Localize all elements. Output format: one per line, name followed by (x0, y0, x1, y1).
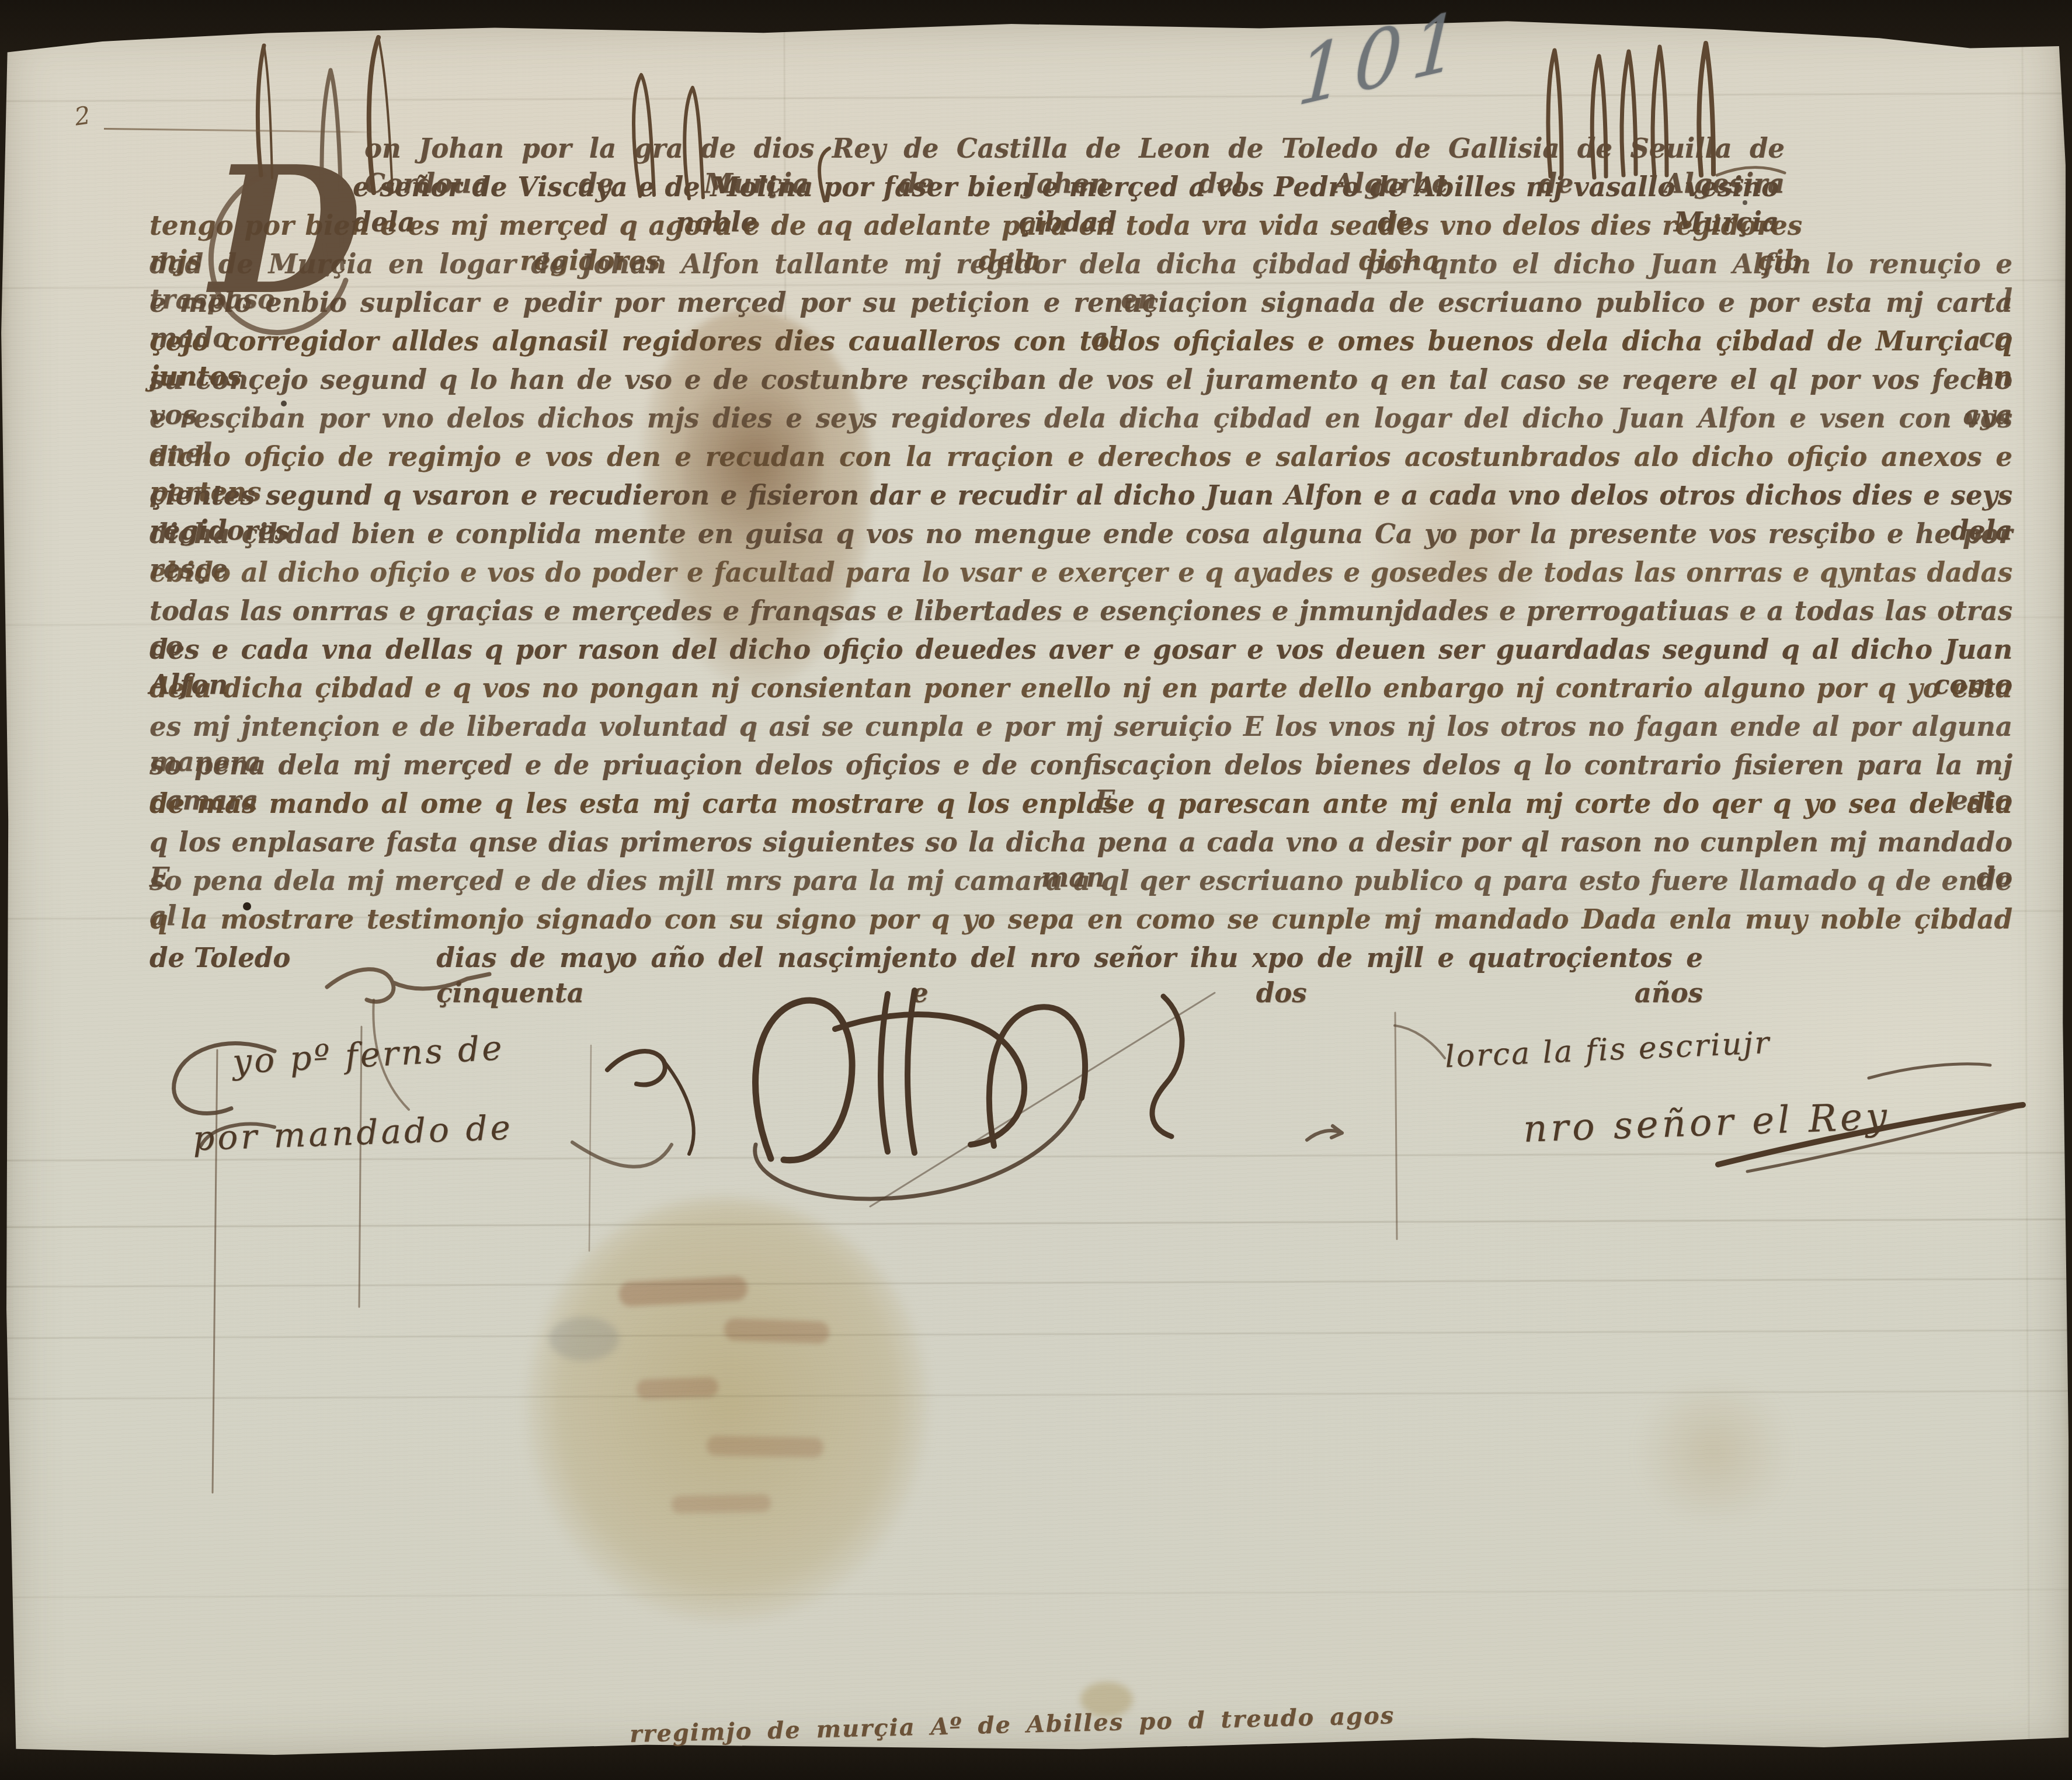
manuscript-line: dicha çibdad bien e conplida mente en gu… (150, 516, 2012, 556)
manuscript-line: ebido al dicho ofiçio e vos do poder e f… (150, 554, 2012, 595)
manuscript-line: on Johan por la gra de dios Rey de Casti… (150, 130, 1785, 171)
manuscript-line: dela dicha çibdad e q vos no pongan nj c… (150, 670, 2012, 710)
manuscript-line: çientes segund q vsaron e recudieron e f… (150, 477, 2012, 517)
date-line-place: de Toledo (150, 940, 290, 975)
manuscript-line: de mas mando al ome q les esta mj carta … (150, 785, 2012, 826)
manuscript-line: tengo por bien e es mj merçed q agora e … (150, 207, 1802, 248)
manuscript-line: q la mostrare testimonjo signado con su … (150, 901, 2012, 941)
manuscript-line: so pena dela mj merçed e de dies mjll mr… (150, 863, 2012, 903)
manuscript-line: dicho ofiçio de regimjo e vos den e recu… (150, 439, 2012, 479)
manuscript-line: dad de Murçia en logar de Johan Alfon ta… (150, 246, 2012, 286)
manuscript-line: todas las onrras e graçias e merçedes e … (150, 593, 2012, 633)
manuscript-date-line: de Toledo dias de mayo año del nasçimjen… (150, 940, 1703, 980)
manuscript-line: so pena dela mj merçed e de priuaçion de… (150, 747, 2012, 787)
manuscript-line: e resçiban por vno delos dichos mjs dies… (150, 400, 2012, 440)
manuscript-line: çejo corregidor alldes algnasil regidore… (150, 323, 2012, 363)
manuscript-line: su conçejo segund q lo han de vso e de c… (150, 361, 2012, 402)
manuscript-line: e señor de Viscaya e de Molina por faser… (150, 169, 1779, 209)
date-line-date: dias de mayo año del nasçimjento del nro… (436, 940, 1703, 1011)
margin-mark: 2 (73, 103, 92, 129)
manuscript-line: des e cada vna dellas q por rason del di… (150, 631, 2012, 672)
manuscript-line: q los enplasare fasta qnse dias primeros… (150, 824, 2012, 864)
manuscript-line: es mj jntençion e de liberada voluntad q… (150, 708, 2012, 749)
manuscript-line: e melo enbio suplicar e pedir por merçed… (150, 284, 2012, 325)
manuscript-photo: { "document": { "kind": "Medieval royal … (0, 0, 2072, 1780)
